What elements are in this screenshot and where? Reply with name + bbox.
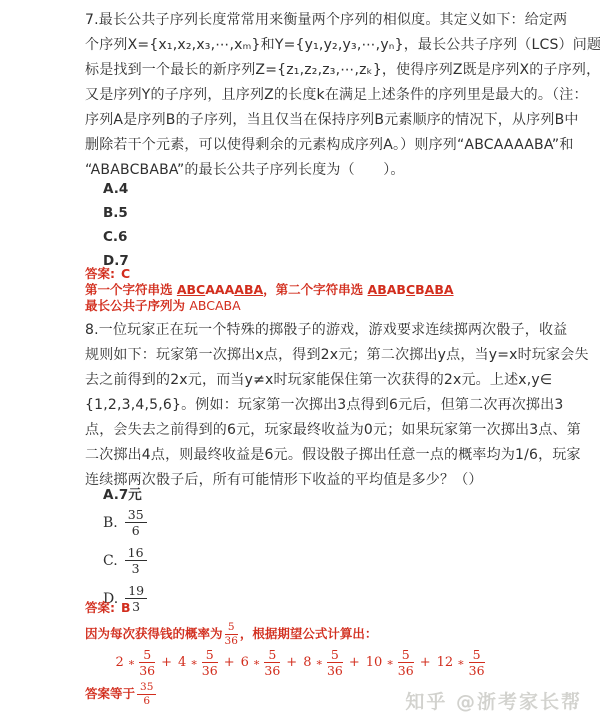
term-coefficient: 2 bbox=[115, 655, 123, 670]
q7-expl-mid: ，第二个字符串选 bbox=[263, 282, 367, 297]
term-coefficient: 10 bbox=[366, 655, 383, 670]
plus-operator: + bbox=[347, 655, 362, 670]
q8-option-c-fraction: 16 3 bbox=[125, 546, 147, 575]
term-coefficient: 4 bbox=[178, 655, 186, 670]
question-8-text: 8.一位玩家正在玩一个特殊的掷骰子的游戏，游戏要求连续掷两次骰子，收益 规则如下… bbox=[85, 318, 524, 493]
fraction-denominator: 36 bbox=[139, 663, 155, 677]
q7-string1-seg: AAA bbox=[205, 282, 234, 297]
formula-terms: 2∗536 + 4∗536 + 6∗536 + 8∗536 + 10∗536 +… bbox=[115, 648, 484, 677]
plus-operator: + bbox=[284, 655, 299, 670]
q8-answer: 答案:B bbox=[85, 600, 131, 616]
q8-line: 规则如下：玩家第一次掷出x点，得到2x元；第二次掷出y点，当y=x时玩家会失 bbox=[85, 343, 524, 368]
formula-term: 4∗536 bbox=[178, 648, 218, 677]
q8-explanation: 因为每次获得钱的概率为536，根据期望公式计算出： bbox=[85, 621, 377, 647]
formula-term: 12∗536 bbox=[437, 648, 485, 677]
q8-option-c-label: C. bbox=[103, 553, 118, 569]
term-fraction: 536 bbox=[398, 648, 414, 677]
plus-operator: + bbox=[418, 655, 433, 670]
formula-term: 2∗536 bbox=[115, 648, 155, 677]
probability-fraction: 536 bbox=[225, 622, 238, 647]
q7-explanation-strings: 第一个字符串选 ABCAAAABA，第二个字符串选 ABABCBABA bbox=[85, 282, 454, 298]
multiply-operator: ∗ bbox=[189, 656, 198, 669]
fraction-numerator: 16 bbox=[125, 546, 147, 561]
multiply-operator: ∗ bbox=[127, 656, 136, 669]
plus-operator: + bbox=[222, 655, 237, 670]
multiply-operator: ∗ bbox=[252, 656, 261, 669]
fraction-denominator: 6 bbox=[137, 695, 156, 707]
fraction-numerator: 5 bbox=[202, 648, 218, 663]
q7-string1-seg: ABC bbox=[177, 282, 205, 297]
result-fraction: 356 bbox=[137, 682, 156, 707]
q8-line: 连续掷两次骰子后，所有可能情形下收益的平均值是多少？（） bbox=[85, 468, 524, 493]
q7-option-c: C.6 bbox=[103, 225, 129, 249]
q7-string2-seg: AB bbox=[368, 282, 387, 297]
formula-term: 6∗536 bbox=[241, 648, 281, 677]
q7-expl-prefix: 第一个字符串选 bbox=[85, 282, 177, 297]
q7-answer-label: 答案: bbox=[85, 266, 115, 281]
q7-answer-block: 答案:C 第一个字符串选 ABCAAAABA，第二个字符串选 ABABCBABA… bbox=[85, 266, 454, 314]
fraction-numerator: 19 bbox=[125, 584, 147, 599]
q8-option-b-fraction: 35 6 bbox=[125, 508, 147, 537]
q7-line: “ABABCBABA”的最长公共子序列长度为（ ）。 bbox=[85, 158, 524, 183]
fraction-denominator: 36 bbox=[225, 635, 238, 647]
q7-lcs-value: ABCABA bbox=[189, 298, 240, 313]
formula-term: 8∗536 bbox=[303, 648, 343, 677]
plus-operator: + bbox=[159, 655, 174, 670]
q7-line: 标是找到一个最长的新序列Z={z₁,z₂,z₃,⋯,zₖ}，使得序列Z既是序列X… bbox=[85, 58, 524, 83]
fraction-numerator: 5 bbox=[469, 648, 485, 663]
q7-option-a: A.4 bbox=[103, 177, 129, 201]
q8-line: 去之前得到的2x元，而当y≠x时玩家能保住第一次获得的2x元。上述x,y∈ bbox=[85, 368, 524, 393]
multiply-operator: ∗ bbox=[314, 656, 323, 669]
q8-option-b-label: B. bbox=[103, 515, 118, 531]
q8-option-a: A.7元 bbox=[103, 484, 147, 506]
multiply-operator: ∗ bbox=[456, 656, 465, 669]
term-coefficient: 12 bbox=[437, 655, 454, 670]
q8-answer-label: 答案: bbox=[85, 600, 115, 615]
document-page: 7.最长公共子序列长度常常用来衡量两个序列的相似度。其定义如下：给定两 个序列X… bbox=[0, 0, 600, 724]
q7-line: 个序列X={x₁,x₂,x₃,⋯,xₘ}和Y={y₁,y₂,y₃,⋯,yₙ}，最… bbox=[85, 33, 524, 58]
q8-line: 二次掷出4点，则最终收益是6元。假设骰子掷出任意一点的概率均为1/6，玩家 bbox=[85, 443, 524, 468]
q7-line: 7.最长公共子序列长度常常用来衡量两个序列的相似度。其定义如下：给定两 bbox=[85, 8, 524, 33]
q7-string2-seg: B bbox=[415, 282, 425, 297]
term-fraction: 536 bbox=[264, 648, 280, 677]
q7-lcs-result: 最长公共子序列为 ABCABA bbox=[85, 298, 454, 314]
fraction-denominator: 36 bbox=[398, 663, 414, 677]
fraction-denominator: 3 bbox=[125, 561, 147, 575]
q7-line: 又是序列Y的子序列，且序列Z的长度k在满足上述条件的序列里是最大的。（注： bbox=[85, 83, 524, 108]
q7-string2-seg: AB bbox=[387, 282, 406, 297]
q8-option-c: C. 16 3 bbox=[103, 545, 147, 576]
q8-final-result: 答案等于356 bbox=[85, 682, 156, 707]
q7-line: 删除若干个元素，可以使得剩余的元素构成序列A。）则序列“ABCAAAABA”和 bbox=[85, 133, 524, 158]
q8-line: 8.一位玩家正在玩一个特殊的掷骰子的游戏，游戏要求连续掷两次骰子，收益 bbox=[85, 318, 524, 343]
q7-line: 序列A是序列B的子序列，当且仅当在保持序列B元素顺序的情况下，从序列B中 bbox=[85, 108, 524, 133]
q7-lcs-label: 最长公共子序列为 bbox=[85, 298, 189, 313]
fraction-numerator: 5 bbox=[139, 648, 155, 663]
term-fraction: 536 bbox=[139, 648, 155, 677]
fraction-denominator: 36 bbox=[327, 663, 343, 677]
fraction-numerator: 5 bbox=[327, 648, 343, 663]
term-coefficient: 8 bbox=[303, 655, 311, 670]
q8-expl-suffix: ，根据期望公式计算出： bbox=[240, 626, 378, 641]
q8-option-b: B. 35 6 bbox=[103, 507, 147, 538]
zhihu-watermark: 知乎 @浙考家长帮 bbox=[405, 687, 582, 714]
fraction-denominator: 6 bbox=[125, 523, 147, 537]
q7-answer-value: C bbox=[121, 266, 130, 281]
q7-string1-seg: ABA bbox=[234, 282, 263, 297]
q8-line: 点，会失去之前得到的6元，玩家最终收益为0元；如果玩家第一次掷出3点、第 bbox=[85, 418, 524, 443]
q7-options: A.4 B.5 C.6 D.7 bbox=[103, 177, 129, 273]
fraction-numerator: 5 bbox=[225, 622, 238, 635]
fraction-denominator: 36 bbox=[264, 663, 280, 677]
fraction-numerator: 35 bbox=[137, 682, 156, 695]
q8-expl-prefix: 因为每次获得钱的概率为 bbox=[85, 626, 223, 641]
expectation-formula: 2∗536 + 4∗536 + 6∗536 + 8∗536 + 10∗536 +… bbox=[0, 648, 600, 677]
term-fraction: 536 bbox=[202, 648, 218, 677]
term-coefficient: 6 bbox=[241, 655, 249, 670]
q8-answer-value: B bbox=[121, 600, 131, 615]
formula-term: 10∗536 bbox=[366, 648, 414, 677]
q7-option-b: B.5 bbox=[103, 201, 129, 225]
multiply-operator: ∗ bbox=[385, 656, 394, 669]
fraction-denominator: 36 bbox=[202, 663, 218, 677]
q7-string2-seg: C bbox=[406, 282, 415, 297]
fraction-numerator: 5 bbox=[264, 648, 280, 663]
fraction-numerator: 35 bbox=[125, 508, 147, 523]
result-prefix: 答案等于 bbox=[85, 686, 135, 701]
fraction-denominator: 36 bbox=[469, 663, 485, 677]
q8-line: {1,2,3,4,5,6}。例如：玩家第一次掷出3点得到6元后，但第二次再次掷出… bbox=[85, 393, 524, 418]
term-fraction: 536 bbox=[327, 648, 343, 677]
q7-string2-seg: ABA bbox=[425, 282, 454, 297]
fraction-numerator: 5 bbox=[398, 648, 414, 663]
term-fraction: 536 bbox=[469, 648, 485, 677]
q7-answer: 答案:C bbox=[85, 266, 454, 282]
question-7-text: 7.最长公共子序列长度常常用来衡量两个序列的相似度。其定义如下：给定两 个序列X… bbox=[85, 8, 524, 183]
